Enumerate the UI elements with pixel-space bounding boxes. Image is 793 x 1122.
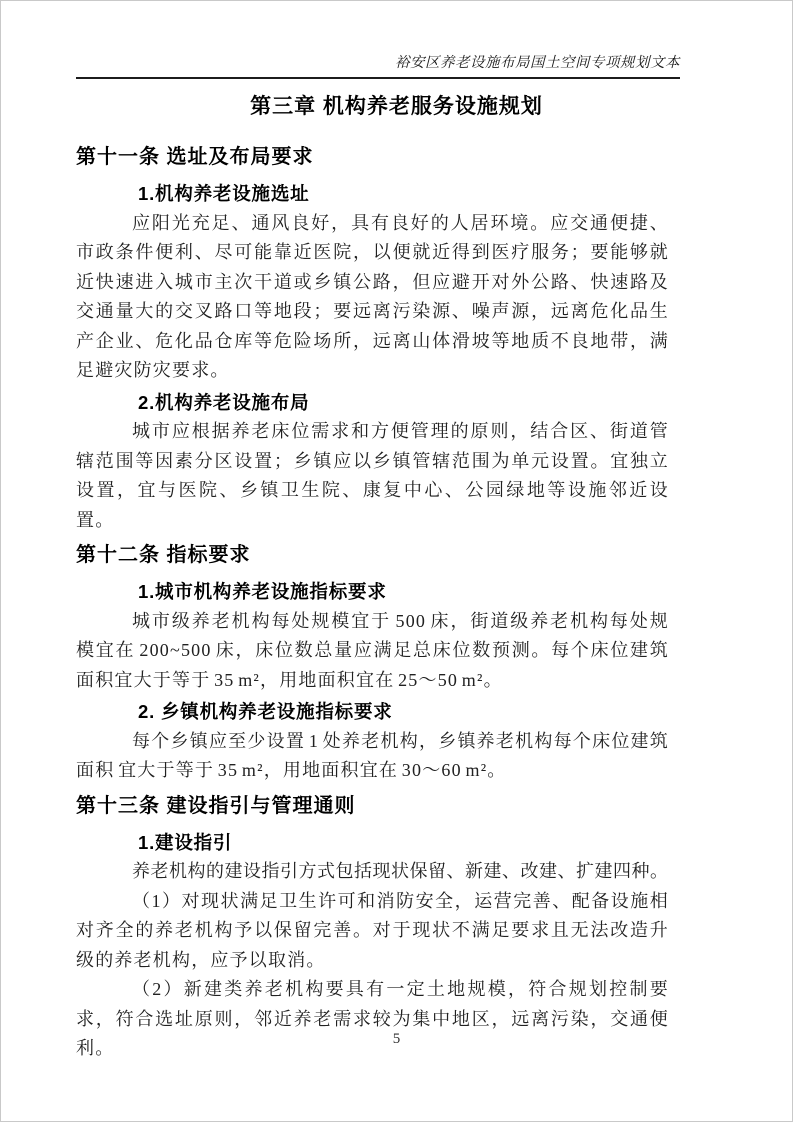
article-heading: 第十二条 指标要求 <box>76 539 669 571</box>
subsection-heading: 1.建设指引 <box>138 828 669 858</box>
chapter-title: 第三章 机构养老服务设施规划 <box>1 91 792 123</box>
article-section-12: 第十二条 指标要求 1.城市机构养老设施指标要求 城市级养老机构每处规模宜于 5… <box>76 539 669 786</box>
header-rule <box>76 77 680 79</box>
subsection-heading: 1.城市机构养老设施指标要求 <box>138 577 669 607</box>
body-paragraph: 应阳光充足、通风良好，具有良好的人居环境。应交通便捷、市政条件便利、尽可能靠近医… <box>76 209 669 386</box>
body-paragraph: 城市应根据养老床位需求和方便管理的原则，结合区、街道管辖范围等因素分区设置；乡镇… <box>76 417 669 535</box>
body-paragraph: （2）新建类养老机构要具有一定土地规模，符合规划控制要求，符合选址原则，邻近养老… <box>76 975 669 1064</box>
article-section-11: 第十一条 选址及布局要求 1.机构养老设施选址 应阳光充足、通风良好，具有良好的… <box>76 141 669 535</box>
body-paragraph: 每个乡镇应至少设置 1 处养老机构，乡镇养老机构每个床位建筑面积 宜大于等于 3… <box>76 727 669 786</box>
article-section-13: 第十三条 建设指引与管理通则 1.建设指引 养老机构的建设指引方式包括现状保留、… <box>76 790 669 1064</box>
body-paragraph: （1）对现状满足卫生许可和消防安全，运营完善、配备设施相对齐全的养老机构予以保留… <box>76 887 669 976</box>
body-paragraph: 养老机构的建设指引方式包括现状保留、新建、改建、扩建四种。 <box>76 857 669 887</box>
subsection-heading: 2.机构养老设施布局 <box>138 388 669 418</box>
article-heading: 第十三条 建设指引与管理通则 <box>76 790 669 822</box>
page: 裕安区养老设施布局国土空间专项规划文本 第三章 机构养老服务设施规划 第十一条 … <box>0 0 793 1122</box>
body-paragraph: 城市级养老机构每处规模宜于 500 床，街道级养老机构每处规模宜在 200~50… <box>76 607 669 696</box>
running-header: 裕安区养老设施布局国土空间专项规划文本 <box>76 51 680 72</box>
page-number: 5 <box>1 1031 792 1048</box>
subsection-heading: 1.机构养老设施选址 <box>138 179 669 209</box>
subsection-heading: 2. 乡镇机构养老设施指标要求 <box>138 697 669 727</box>
document-body: 第十一条 选址及布局要求 1.机构养老设施选址 应阳光充足、通风良好，具有良好的… <box>76 137 669 1064</box>
article-heading: 第十一条 选址及布局要求 <box>76 141 669 173</box>
